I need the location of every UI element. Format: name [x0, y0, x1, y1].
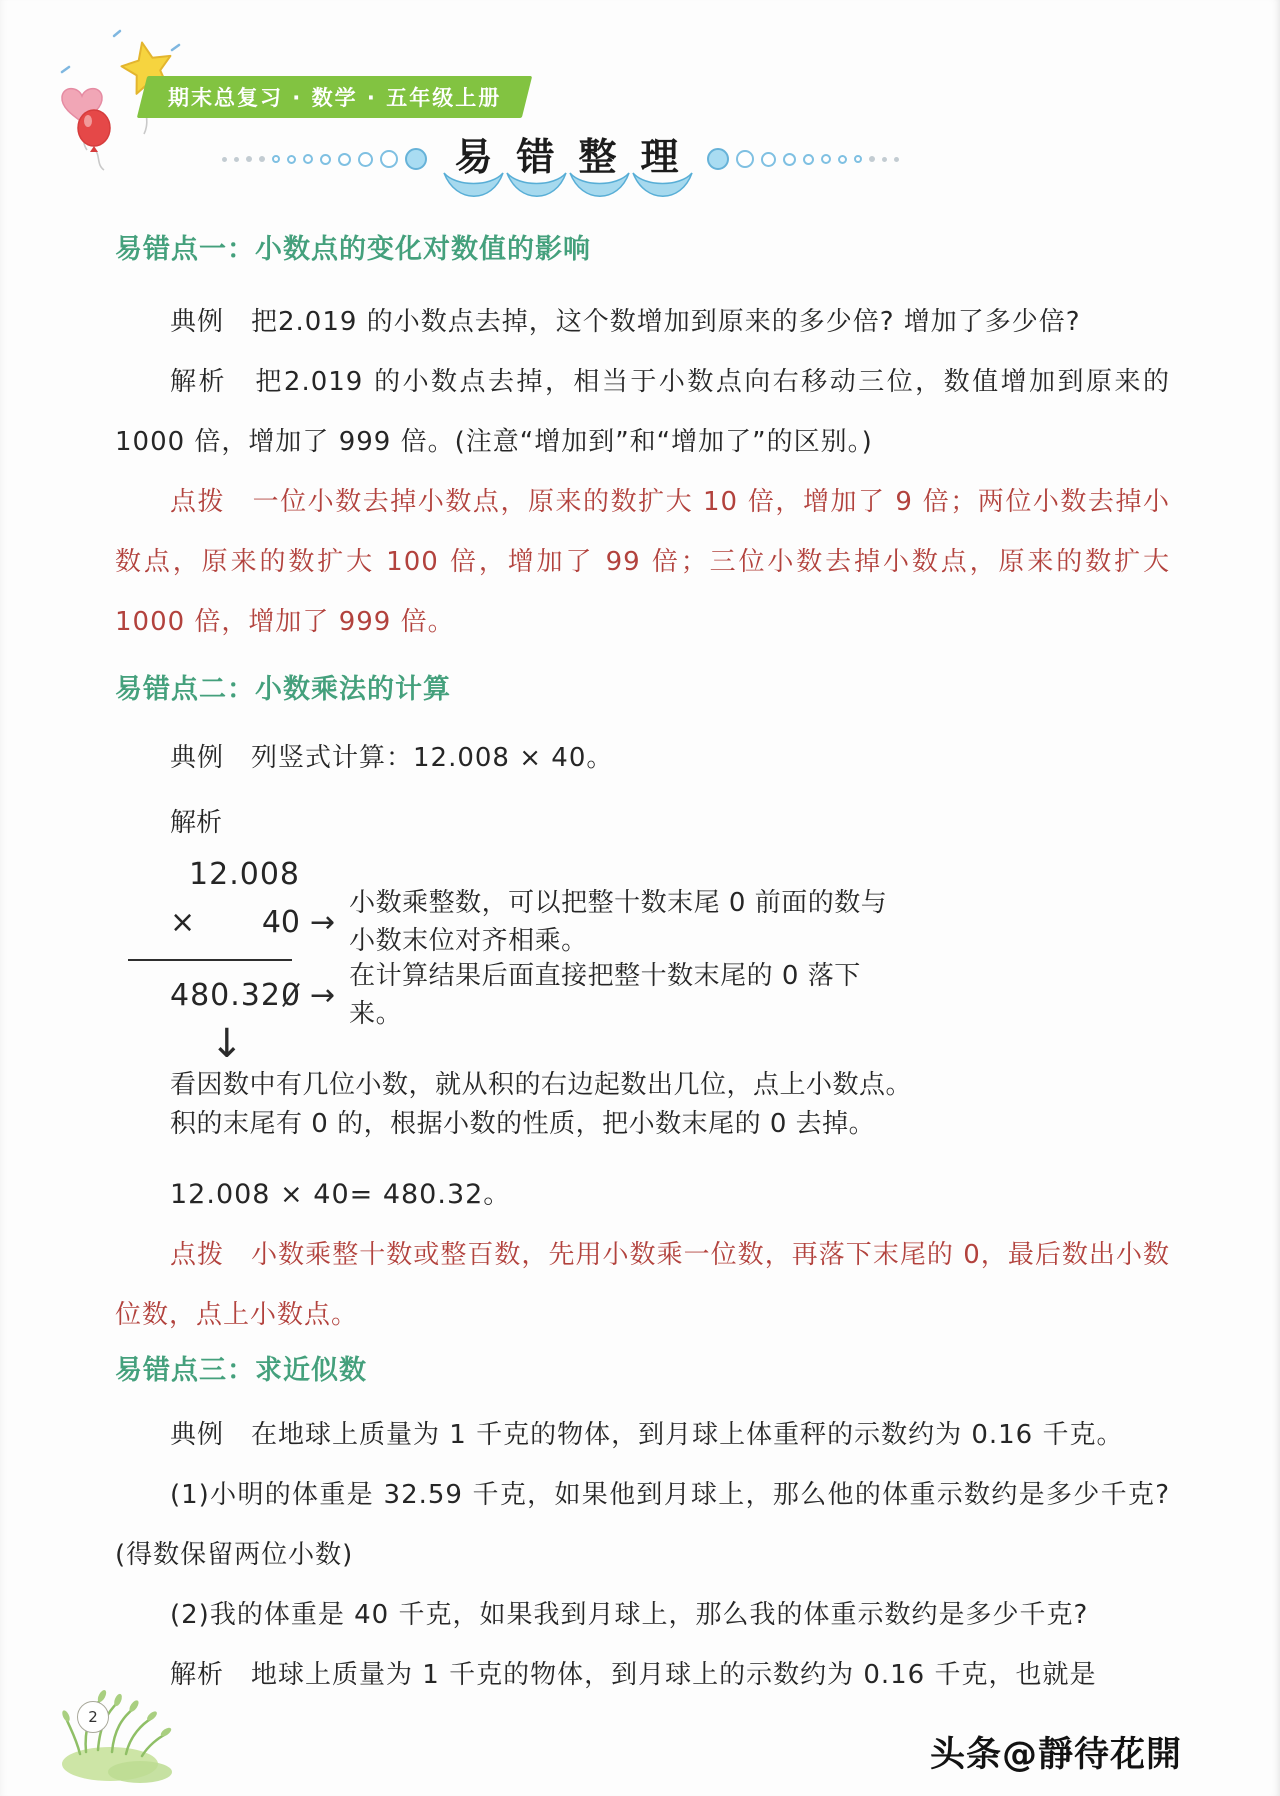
- question-1-paragraph: (1)小明的体重是 32.59 千克，如果他到月球上，那么他的体重示数约是多少千…: [115, 1465, 1170, 1585]
- page-number-badge: 2: [77, 1701, 109, 1733]
- conclusion-line-1: 看因数中有几位小数，就从积的右边起数出几位，点上小数点。: [170, 1067, 1170, 1104]
- title-char: 理: [629, 126, 691, 181]
- tip-paragraph-1: 点拨 一位小数去掉小数点，原来的数扩大 10 倍，增加了 9 倍；两位小数去掉小…: [115, 472, 1170, 652]
- multiply-sign: ×: [170, 905, 195, 940]
- section-heading-2: 易错点二：小数乘法的计算: [115, 668, 1170, 712]
- analysis-label-2: 解析: [115, 795, 1170, 851]
- right-arrow-icon: →: [310, 978, 335, 1013]
- right-arrow-icon: →: [310, 905, 335, 940]
- dots-left-decoration: [222, 148, 427, 170]
- section-heading-1: 易错点一：小数点的变化对数值的影响: [115, 228, 1170, 272]
- title-char: 易: [443, 126, 505, 181]
- grass-icon: [56, 1658, 180, 1788]
- worksheet-page: 期末总复习 · 数学 · 五年级上册: [0, 0, 1280, 1796]
- watermark-text: 头条@靜待花開: [930, 1727, 1182, 1777]
- note-multiply: 小数乘整数，可以把整十数末尾 0 前面的数与小数末位对齐相乘。: [349, 884, 909, 960]
- content-column: 易错点一：小数点的变化对数值的影响 典例 把2.019 的小数点去掉，这个数增加…: [115, 228, 1170, 1705]
- vertical-calculation: 12.008 × 40 → 小数乘整数，可以把整十数末尾 0 前面的数与小数末位…: [170, 851, 1170, 1143]
- section-heading-3: 易错点三：求近似数: [115, 1349, 1170, 1393]
- example-paragraph-3: 典例 在地球上质量为 1 千克的物体，到月球上体重秤的示数约为 0.16 千克。: [115, 1405, 1170, 1465]
- title-char: 错: [505, 126, 567, 181]
- product-kept: 480.32: [170, 978, 281, 1013]
- analysis-paragraph-3: 解析 地球上质量为 1 千克的物体，到月球上的示数约为 0.16 千克，也就是: [115, 1645, 1170, 1705]
- dots-right-decoration: [707, 148, 899, 170]
- series-badge-label: 期末总复习 · 数学 · 五年级上册: [168, 82, 501, 112]
- title-char: 整: [567, 126, 629, 181]
- note-drop-zero: 在计算结果后面直接把整十数末尾的 0 落下来。: [349, 957, 909, 1033]
- series-badge: 期末总复习 · 数学 · 五年级上册: [137, 76, 533, 118]
- multiplier-row: × 40: [170, 905, 300, 940]
- analysis-paragraph-1: 解析 把2.019 的小数点去掉，相当于小数点向右移动三位，数值增加到原来的 1…: [115, 352, 1170, 472]
- page-title-banner: 易 错 整 理: [0, 126, 1200, 192]
- question-2-paragraph: (2)我的体重是 40 千克，如果我到月球上，那么我的体重示数约是多少千克?: [115, 1585, 1170, 1645]
- multiplier: 40: [262, 905, 300, 940]
- multiplicand: 12.008: [170, 857, 300, 892]
- page-title: 易 错 整 理: [443, 126, 691, 192]
- tip-paragraph-2: 点拨 小数乘整十数或整百数，先用小数乘一位数，再落下末尾的 0，最后数出小数位数…: [115, 1225, 1170, 1345]
- calculation-rule-line: [128, 959, 292, 961]
- result-equation: 12.008 × 40= 480.32。: [170, 1165, 1170, 1225]
- example-paragraph-1: 典例 把2.019 的小数点去掉，这个数增加到原来的多少倍? 增加了多少倍?: [115, 292, 1170, 352]
- conclusion-line-2: 积的末尾有 0 的，根据小数的性质，把小数末尾的 0 去掉。: [170, 1106, 1170, 1143]
- example-paragraph-2: 典例 列竖式计算：12.008 × 40。: [115, 728, 1170, 788]
- struck-zero: 0: [281, 978, 301, 1013]
- product-row: 480.320: [170, 978, 300, 1013]
